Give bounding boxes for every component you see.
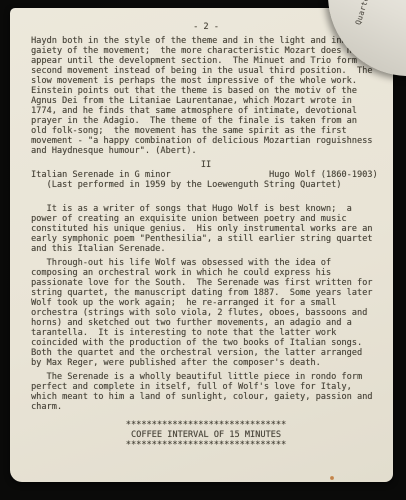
asterisk-rule: ******************************* [31, 420, 381, 430]
text-line: and Haydnesque humour". (Abert). [31, 146, 381, 156]
typed-text-block: - 2 -Haydn both in the style of the them… [31, 22, 381, 450]
text-line: passionate love for the South. The Seren… [31, 278, 381, 288]
text-line: string quartet, the manuscript dating fr… [31, 288, 381, 298]
text-line: appear until the development section. Th… [31, 56, 381, 66]
text-line: The Serenade is a wholly beautiful littl… [31, 372, 381, 382]
paragraph-gap [31, 190, 381, 204]
text-line: 1774, and he finds that same atmosphere … [31, 106, 381, 116]
paragraph-gap [31, 412, 381, 420]
text-line: by Max Reger, were published after the c… [31, 358, 381, 368]
text-line: perfect and complete in itself, full of … [31, 382, 381, 392]
text-line: charm. [31, 402, 381, 412]
interval-notice: COFFEE INTERVAL OF 15 MINUTES [31, 430, 381, 440]
text-line: Both the quartet and the orchestral vers… [31, 348, 381, 358]
text-line: Wolf took up the work again; he re-arran… [31, 298, 381, 308]
asterisk-rule: ******************************* [31, 440, 381, 450]
text-line: power of creating an exquisite union bet… [31, 214, 381, 224]
text-line: early symphonic poem "Penthesilia", a st… [31, 234, 381, 244]
text-line: Haydn both in the style of the theme and… [31, 36, 381, 46]
section-numeral: II [31, 160, 381, 170]
work-and-composer: Italian Serenade in G minor Hugo Wolf (1… [31, 170, 381, 180]
text-line: slow movement is perhaps the most impres… [31, 76, 381, 86]
overlay-page-label: Quartet N [353, 0, 375, 26]
text-line: old folk-song; the movement has the same… [31, 126, 381, 136]
text-line: It is as a writer of songs that Hugo Wol… [31, 204, 381, 214]
text-line: coincided with the production of the two… [31, 338, 381, 348]
page-number: - 2 - [31, 22, 381, 32]
text-line: prayer in the Adagio. The theme of the f… [31, 116, 381, 126]
text-line: orchestra (strings with solo viola, 2 fl… [31, 308, 381, 318]
text-line: movement - "a happy combination of delic… [31, 136, 381, 146]
photo-background: - 2 -Haydn both in the style of the them… [0, 0, 406, 500]
text-line: Einstein points out that the theme is ba… [31, 86, 381, 96]
text-line: and this Italian Serenade. [31, 244, 381, 254]
rust-stain [330, 476, 334, 480]
text-line: which meant to him a land of sunlight, c… [31, 392, 381, 402]
document-page: - 2 -Haydn both in the style of the them… [10, 8, 393, 482]
text-line: constituted his unique genius. His only … [31, 224, 381, 234]
text-line: composing an orchestral work in which he… [31, 268, 381, 278]
text-line: tarantella. It is interesting to note th… [31, 328, 381, 338]
text-line: Agnus Dei from the Litaniae Laurentanae,… [31, 96, 381, 106]
text-line: gaiety of the movement; the more charact… [31, 46, 381, 56]
text-line: Through-out his life Wolf was obsessed w… [31, 258, 381, 268]
performance-note: (Last performed in 1959 by the Loewengut… [31, 180, 381, 190]
text-line: horns) and sketched out two further move… [31, 318, 381, 328]
text-line: second movement instead of being in the … [31, 66, 381, 76]
